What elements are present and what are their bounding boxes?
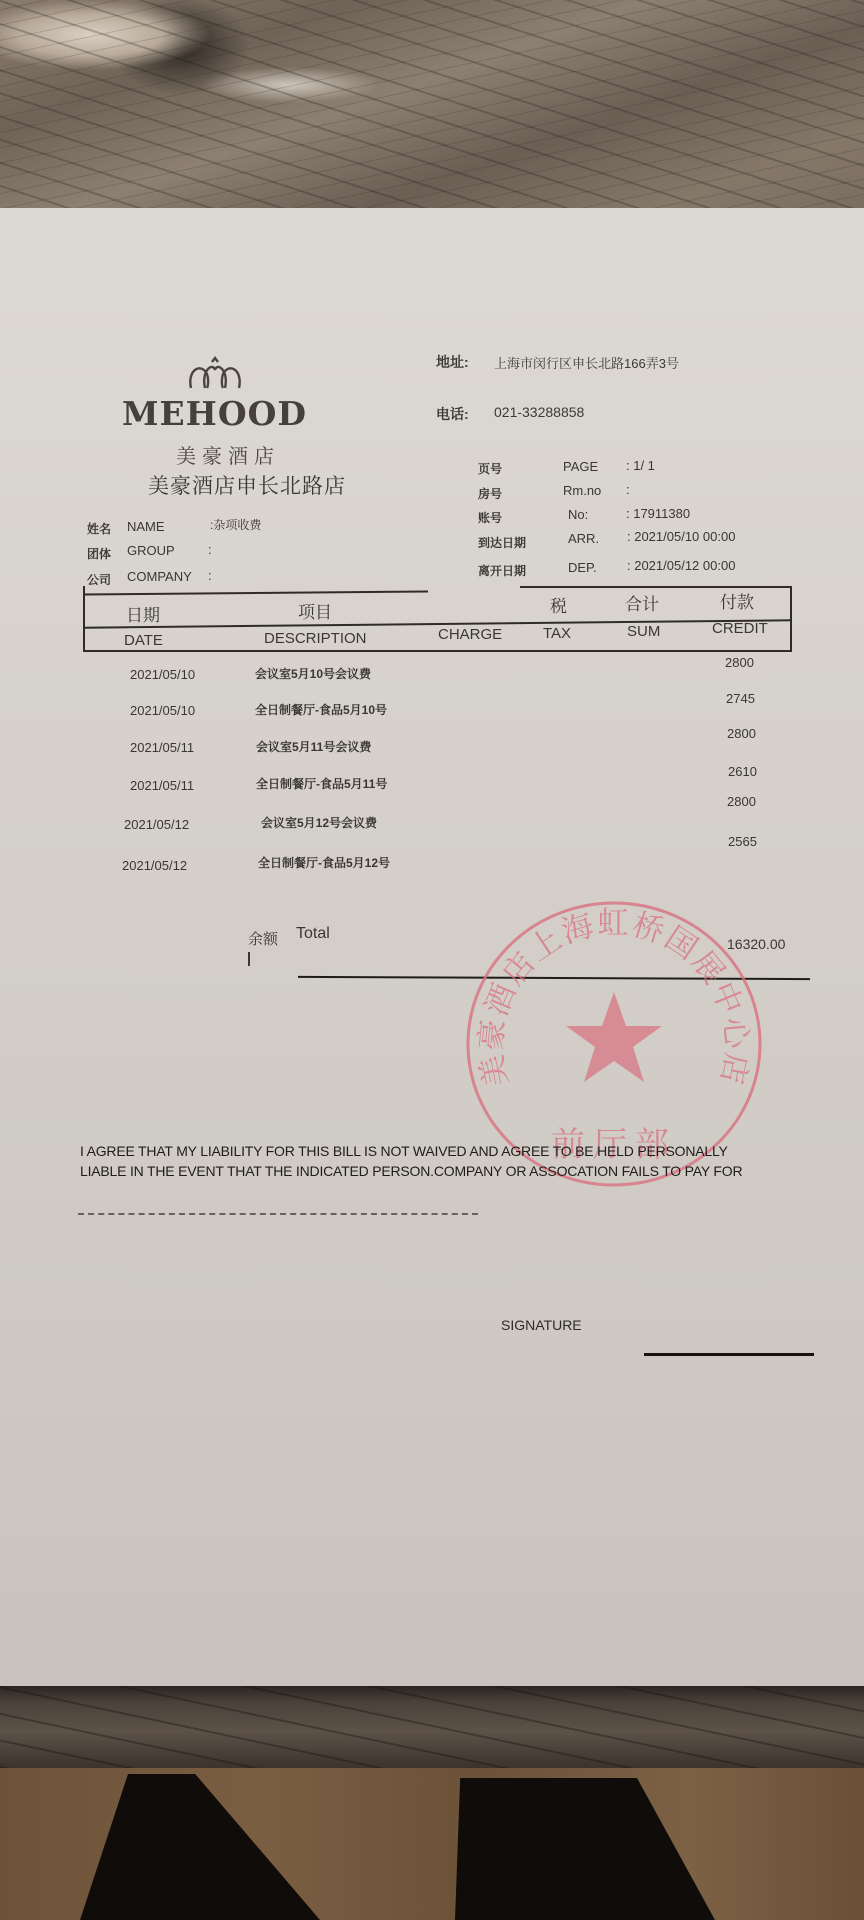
header-date-cn: 日期 bbox=[126, 601, 160, 626]
header-credit-en: CREDIT bbox=[712, 620, 768, 637]
header-tax-en: TAX bbox=[543, 625, 571, 642]
page-label-cn: 页号 bbox=[478, 460, 502, 477]
phone-value: 021-33288858 bbox=[494, 404, 584, 420]
liability-agreement-line-2: LIABLE IN THE EVENT THAT THE INDICATED P… bbox=[80, 1163, 742, 1179]
header-description-cn: 项目 bbox=[298, 598, 332, 623]
star-icon bbox=[566, 992, 662, 1082]
header-charge-en: CHARGE bbox=[438, 626, 502, 643]
marble-countertop-background bbox=[0, 0, 864, 210]
departure-label-cn: 离开日期 bbox=[478, 562, 526, 579]
group-label-en: GROUP bbox=[127, 543, 175, 558]
hotel-branch-name: 美豪酒店申长北路店 bbox=[148, 470, 346, 500]
page-value: : 1/ 1 bbox=[626, 458, 655, 473]
row-description: 会议室5月10号会议费 bbox=[255, 665, 371, 682]
departure-label-en: DEP. bbox=[568, 560, 597, 575]
room-value: : bbox=[626, 482, 630, 497]
room-label-cn: 房号 bbox=[478, 485, 502, 502]
row-date: 2021/05/11 bbox=[130, 740, 194, 755]
company-label-en: COMPANY bbox=[127, 569, 192, 584]
company-value: : bbox=[208, 568, 212, 583]
row-credit: 2800 bbox=[727, 794, 756, 809]
header-description-en: DESCRIPTION bbox=[264, 630, 367, 647]
row-description: 全日制餐厅-食品5月11号 bbox=[256, 775, 387, 792]
row-description: 会议室5月12号会议费 bbox=[261, 814, 377, 831]
group-value: : bbox=[208, 542, 212, 557]
account-value: : 17911380 bbox=[626, 506, 690, 521]
row-description: 会议室5月11号会议费 bbox=[256, 738, 371, 755]
group-label-cn: 团体 bbox=[87, 545, 111, 562]
lotus-crown-icon bbox=[183, 356, 247, 390]
address-value: 上海市闵行区申长北路166弄3号 bbox=[494, 353, 679, 372]
room-label-en: Rm.no bbox=[563, 483, 601, 498]
row-date: 2021/05/12 bbox=[122, 858, 187, 873]
signature-label: SIGNATURE bbox=[501, 1317, 582, 1333]
header-sum-en: SUM bbox=[627, 623, 660, 640]
truncated-text-line bbox=[78, 1213, 478, 1215]
header-credit-cn: 付款 bbox=[720, 588, 754, 613]
row-description: 全日制餐厅-食品5月10号 bbox=[255, 701, 387, 718]
header-date-en: DATE bbox=[124, 632, 163, 649]
account-label-en: No: bbox=[568, 507, 588, 522]
row-credit: 2610 bbox=[728, 764, 757, 779]
cursor-mark bbox=[248, 952, 250, 966]
row-description: 全日制餐厅-食品5月12号 bbox=[258, 854, 390, 871]
row-credit: 2800 bbox=[727, 726, 756, 741]
hotel-brand-cn: 美豪酒店 bbox=[176, 440, 280, 469]
name-value: :杂项收费 bbox=[210, 516, 261, 533]
page-label-en: PAGE bbox=[563, 459, 598, 474]
liability-agreement-line-1: I AGREE THAT MY LIABILITY FOR THIS BILL … bbox=[80, 1143, 728, 1159]
address-label: 地址: bbox=[436, 352, 469, 372]
marble-edge-background bbox=[0, 1686, 864, 1768]
departure-value: : 2021/05/12 00:00 bbox=[627, 558, 735, 573]
name-label-en: NAME bbox=[127, 519, 165, 534]
arrival-value: : 2021/05/10 00:00 bbox=[627, 529, 735, 544]
name-label-cn: 姓名 bbox=[87, 520, 111, 537]
row-credit: 2800 bbox=[725, 655, 754, 670]
row-date: 2021/05/10 bbox=[130, 703, 195, 718]
hotel-brand-logo: MEHOOD bbox=[122, 394, 307, 433]
arrival-label-en: ARR. bbox=[568, 531, 599, 546]
signature-line[interactable] bbox=[644, 1353, 814, 1356]
row-date: 2021/05/12 bbox=[124, 817, 189, 832]
hotel-bill-paper: MEHOOD 美豪酒店 美豪酒店申长北路店 地址: 上海市闵行区申长北路166弄… bbox=[0, 208, 864, 1688]
account-label-cn: 账号 bbox=[478, 509, 502, 526]
row-date: 2021/05/11 bbox=[130, 778, 194, 793]
header-sum-cn: 合计 bbox=[625, 590, 659, 615]
row-date: 2021/05/10 bbox=[130, 667, 195, 682]
arrival-label-cn: 到达日期 bbox=[478, 534, 526, 551]
phone-label: 电话: bbox=[436, 404, 469, 424]
row-credit: 2565 bbox=[728, 834, 757, 849]
row-credit: 2745 bbox=[726, 691, 755, 706]
total-label-en: Total bbox=[296, 925, 330, 943]
header-tax-cn: 税 bbox=[550, 592, 567, 617]
total-label-cn: 余额 bbox=[248, 928, 278, 949]
